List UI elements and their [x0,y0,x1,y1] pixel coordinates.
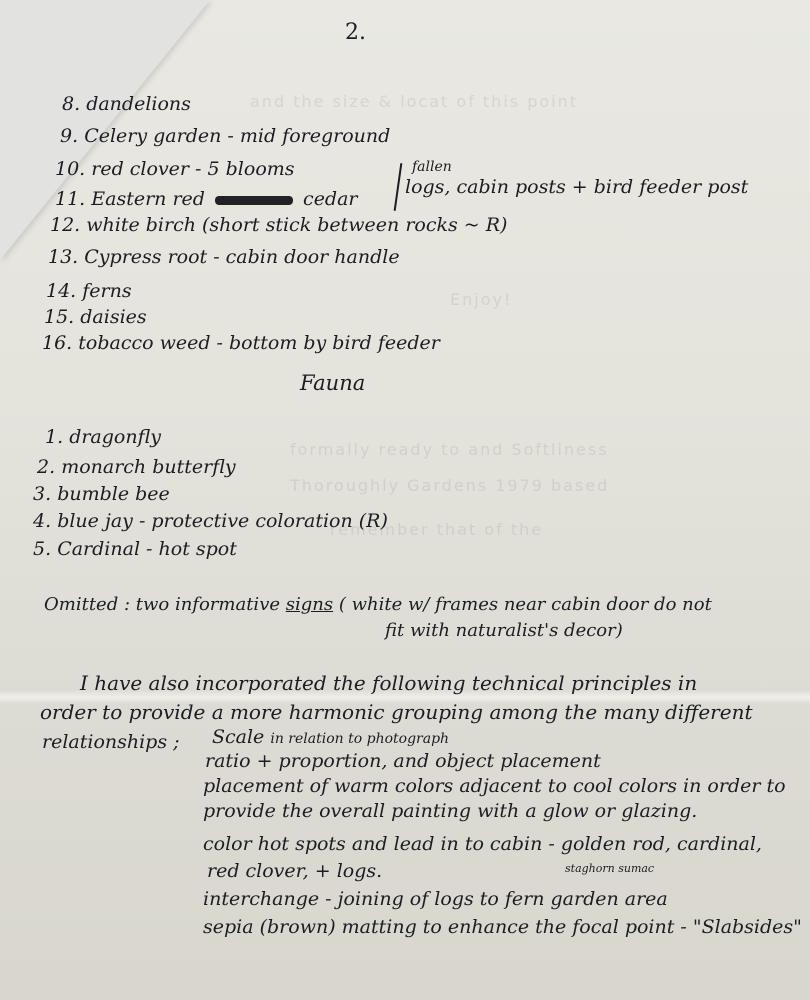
list-item: 8. dandelions [62,95,191,114]
item-number: 10. [55,158,85,180]
omitted-label: Omitted : [44,594,130,615]
list-item: 2. monarch butterfly [37,458,236,477]
bleed-through-text: Enjoy! [450,290,512,309]
item-text: Cardinal - hot spot [57,538,237,560]
list-item: 13. Cypress root - cabin door handle [48,248,400,267]
omitted-line: Omitted : two informative signs ( white … [44,596,712,614]
principle-note: in relation to photograph [270,731,449,747]
bleed-through-text: and the size & locat of this point [250,92,578,111]
item-number: 14. [46,280,76,302]
list-item: 14. ferns [46,282,132,301]
principle-item: red clover, + logs. [207,862,382,881]
item-text: daisies [80,306,146,328]
item-text: cedar [303,188,357,210]
item-number: 13. [48,246,78,268]
list-item: 3. bumble bee [33,485,170,504]
item-number: 16. [42,332,72,354]
item-number: 9. [60,125,78,147]
item-number: 4. [33,510,51,532]
list-item: 10. red clover - 5 blooms [55,160,295,179]
principle-item: sepia (brown) matting to enhance the foc… [203,918,802,937]
item-text: ferns [82,280,131,302]
item-text: dragonfly [69,426,161,448]
omitted-text: two informative [136,594,280,615]
item-number: 2. [37,456,55,478]
list-item: 12. white birch (short stick between roc… [50,216,507,235]
item-text: bumble bee [57,483,170,505]
paragraph-label: relationships ; [42,733,180,752]
list-item: 11. Eastern red cedar [55,190,358,209]
paragraph-line: I have also incorporated the following t… [80,673,697,693]
bleed-through-text: formally ready to and Softliness [290,440,609,459]
list-item: 16. tobacco weed - bottom by bird feeder [42,334,440,353]
omitted-underlined-word: signs [286,594,333,615]
list-item: 4. blue jay - protective coloration (R) [33,512,388,531]
list-item: 9. Celery garden - mid foreground [60,127,390,146]
item-number: 5. [33,538,51,560]
item-text: Celery garden - mid foreground [84,125,390,147]
item-text: Cypress root - cabin door handle [84,246,399,268]
item-text: white birch (short stick between rocks ~… [86,214,507,236]
principle-item: interchange - joining of logs to fern ga… [203,890,668,909]
section-heading-fauna: Fauna [300,373,365,394]
list-item: 5. Cardinal - hot spot [33,540,237,559]
item-text: Eastern red [91,188,205,210]
principle-item: Scale in relation to photograph [212,728,449,747]
item-number: 15. [44,306,74,328]
list-item: 15. daisies [44,308,147,327]
principle-item: provide the overall painting with a glow… [203,802,697,821]
principle-text: Scale [212,726,264,748]
principle-item: color hot spots and lead in to cabin - g… [203,835,762,854]
list-item: 1. dragonfly [45,428,161,447]
item-number: 11. [55,188,85,210]
page-number: 2. [345,22,366,44]
principle-item: placement of warm colors adjacent to coo… [203,777,786,796]
item-text: dandelions [86,93,191,115]
item-number: 8. [62,93,80,115]
item-number: 3. [33,483,51,505]
bleed-through-text: Thoroughly Gardens 1979 based [290,476,609,495]
item-text: monarch butterfly [61,456,235,478]
paragraph-line: order to provide a more harmonic groupin… [40,702,753,722]
principle-note: staghorn sumac [565,863,654,874]
item-number: 12. [50,214,80,236]
bracket-mark [394,163,403,211]
omitted-text: ( white w/ frames near cabin door do not [339,594,712,615]
item-text: tobacco weed - bottom by bird feeder [78,332,440,354]
item-number: 1. [45,426,63,448]
omitted-line-2: fit with naturalist's decor) [385,622,623,640]
redacted-scribble [215,196,293,205]
principle-item: ratio + proportion, and object placement [205,752,601,771]
annotation: logs, cabin posts + bird feeder post [405,178,748,197]
annotation: fallen [412,160,452,174]
item-text: blue jay - protective coloration (R) [57,510,388,532]
item-text: red clover - 5 blooms [91,158,294,180]
